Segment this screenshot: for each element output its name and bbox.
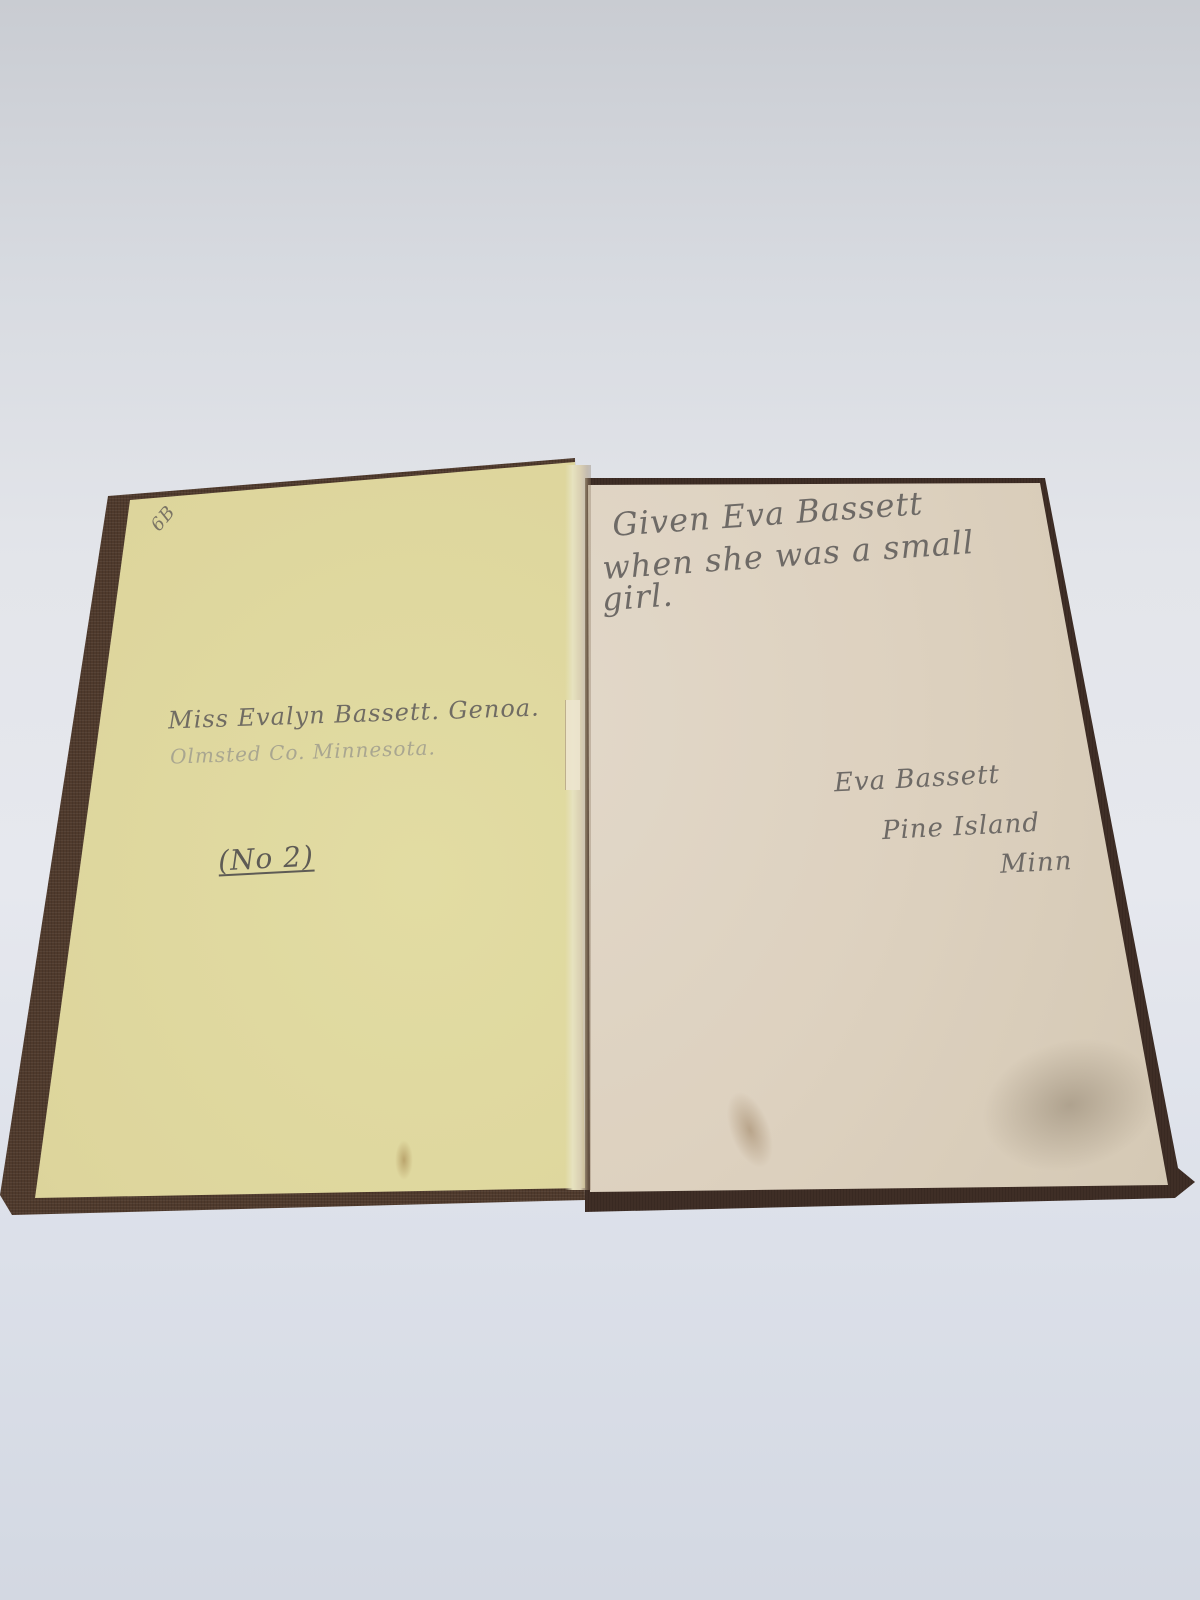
book-gutter [565,465,591,1190]
page-stain [395,1140,413,1180]
signature-line: Minn [999,846,1073,880]
dedication-line: girl. [601,576,675,619]
torn-hinge [565,700,580,790]
photo-scene: 6B Miss Evalyn Bassett. Genoa. Olmsted C… [0,0,1200,1600]
number-label-inscription: (No 2) [217,840,315,878]
